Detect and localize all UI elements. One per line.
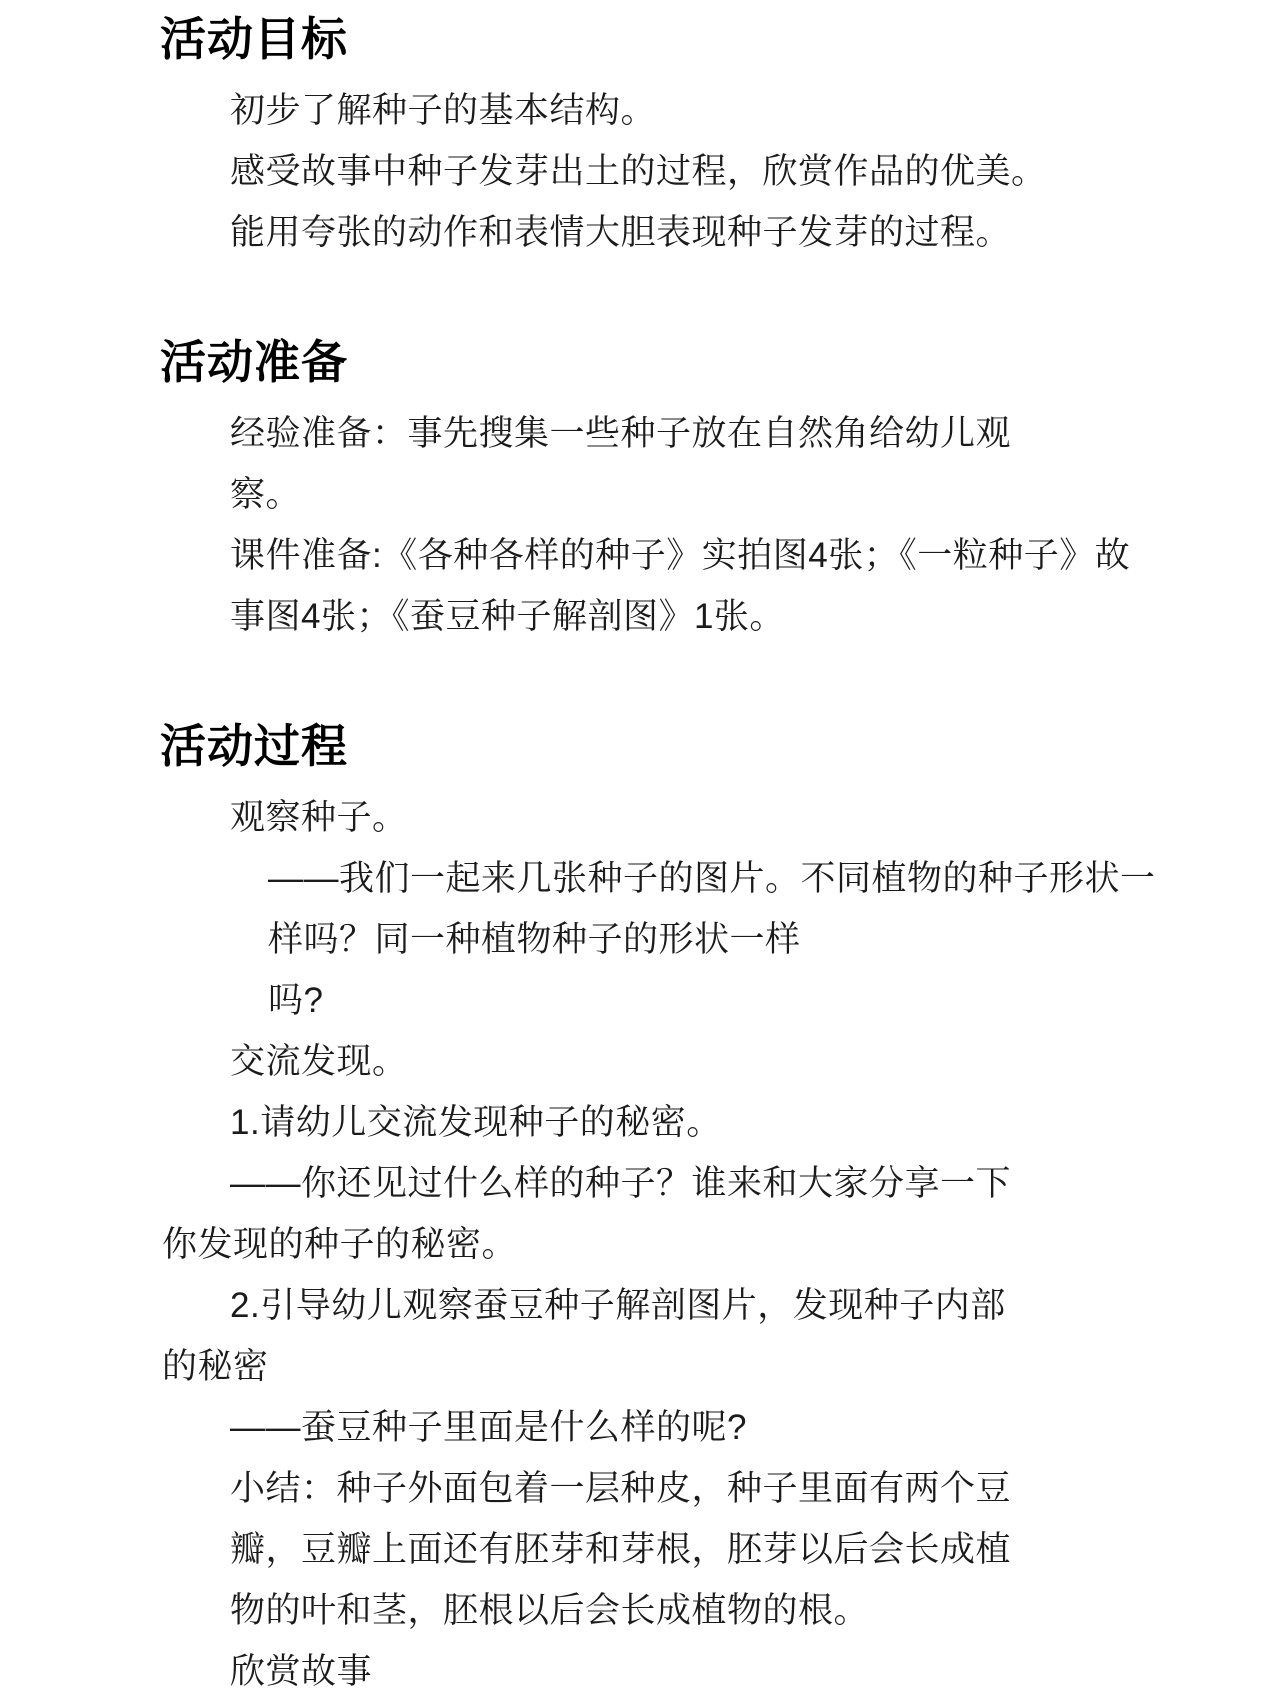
section-lines: 初步了解种子的基本结构。感受故事中种子发芽出土的过程，欣赏作品的优美。能用夸张的…: [0, 80, 1280, 263]
section-lines: 经验准备：事先搜集一些种子放在自然角给幼儿观察。课件准备:《各种各样的种子》实拍…: [0, 403, 1280, 647]
text-line: 经验准备：事先搜集一些种子放在自然角给幼儿观: [230, 403, 1280, 464]
section-heading: 活动目标: [160, 10, 1280, 68]
text-line: ——蚕豆种子里面是什么样的呢?: [230, 1397, 1280, 1458]
text-line: 初步了解种子的基本结构。: [230, 80, 1280, 141]
text-line: 欣赏故事: [230, 1641, 1280, 1697]
section-heading: 活动准备: [160, 333, 1280, 391]
text-line: 瓣，豆瓣上面还有胚芽和芽根，胚芽以后会长成植: [230, 1519, 1280, 1580]
text-line: 1.请幼儿交流发现种子的秘密。: [230, 1092, 1280, 1153]
text-line: 课件准备:《各种各样的种子》实拍图4张；《一粒种子》故: [230, 525, 1280, 586]
text-line: 观察种子。: [230, 787, 1280, 848]
text-line: 能用夸张的动作和表情大胆表现种子发芽的过程。: [230, 202, 1280, 263]
text-line: ——你还见过什么样的种子？谁来和大家分享一下: [230, 1153, 1280, 1214]
text-line: 事图4张；《蚕豆种子解剖图》1张。: [230, 586, 1280, 647]
document-section: 活动准备 经验准备：事先搜集一些种子放在自然角给幼儿观察。课件准备:《各种各样的…: [0, 333, 1280, 647]
text-line: 样吗？同一种植物种子的形状一样: [268, 909, 1280, 970]
text-line: 吗?: [268, 970, 1280, 1031]
document-section: 活动过程 观察种子。——我们一起来几张种子的图片。不同植物的种子形状一样吗？同一…: [0, 717, 1280, 1697]
document-page: 活动目标 初步了解种子的基本结构。感受故事中种子发芽出土的过程，欣赏作品的优美。…: [0, 0, 1280, 1697]
text-line: 物的叶和茎，胚根以后会长成植物的根。: [230, 1580, 1280, 1641]
text-line: 交流发现。: [230, 1031, 1280, 1092]
section-heading: 活动过程: [160, 717, 1280, 775]
text-line: 察。: [230, 464, 1280, 525]
text-line: 2.引导幼儿观察蚕豆种子解剖图片，发现种子内部: [230, 1275, 1280, 1336]
text-line: ——我们一起来几张种子的图片。不同植物的种子形状一: [268, 848, 1280, 909]
document-section: 活动目标 初步了解种子的基本结构。感受故事中种子发芽出土的过程，欣赏作品的优美。…: [0, 10, 1280, 263]
text-line: 你发现的种子的秘密。: [162, 1214, 1280, 1275]
section-lines: 观察种子。——我们一起来几张种子的图片。不同植物的种子形状一样吗？同一种植物种子…: [0, 787, 1280, 1697]
text-line: 感受故事中种子发芽出土的过程，欣赏作品的优美。: [230, 141, 1280, 202]
text-line: 的秘密: [162, 1336, 1280, 1397]
document-body: 活动目标 初步了解种子的基本结构。感受故事中种子发芽出土的过程，欣赏作品的优美。…: [0, 10, 1280, 1697]
text-line: 小结：种子外面包着一层种皮，种子里面有两个豆: [230, 1458, 1280, 1519]
